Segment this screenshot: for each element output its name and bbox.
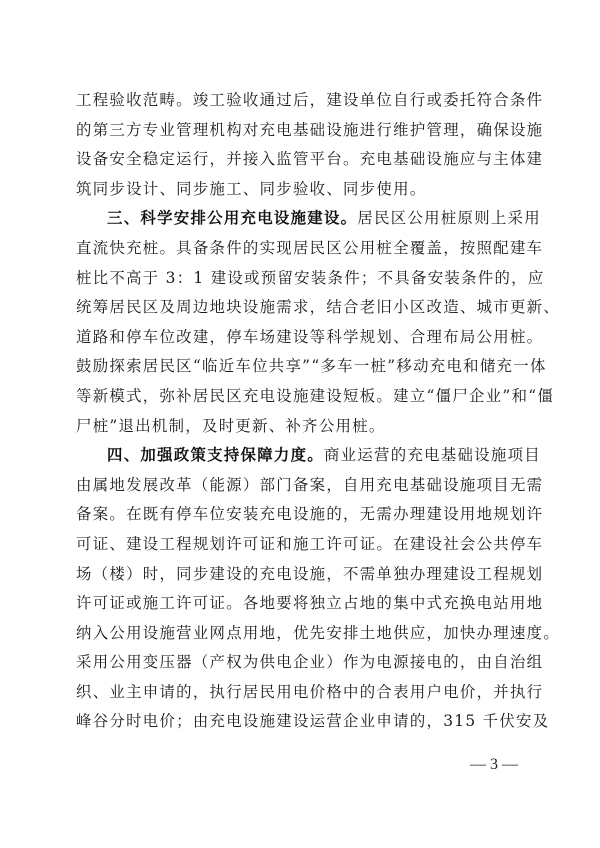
text-line: 纳入公用设施营业网点用地，优先安排土地供应，加快办理速度。 <box>76 619 526 649</box>
text-line: 备案。在既有停车位安装充电设施的，无需办理建设用地规划许 <box>76 500 526 530</box>
document-body: 工程验收范畴。竣工验收通过后，建设单位自行或委托符合条件 的第三方专业管理机构对… <box>76 86 526 737</box>
text-line: 由属地发展改革（能源）部门备案，自用充电基础设施项目无需 <box>76 471 526 501</box>
text-line: 的第三方专业管理机构对充电基础设施进行维护管理，确保设施 <box>76 116 526 146</box>
text-line: 鼓励探索居民区“临近车位共享”“多车一桩”移动充电和储充一体 <box>76 352 526 382</box>
text-line: 统筹居民区及周边地块设施需求，结合老旧小区改造、城市更新、 <box>76 293 526 323</box>
text-line: 峰谷分时电价；由充电设施建设运营企业申请的，315 千伏安及 <box>76 707 526 737</box>
paragraph-continuation: 工程验收范畴。竣工验收通过后，建设单位自行或委托符合条件 的第三方专业管理机构对… <box>76 86 526 204</box>
text-line: 采用公用变压器（产权为供电企业）作为电源接电的，由自治组 <box>76 648 526 678</box>
text-fragment: 商业运营的充电基础设施项目 <box>324 446 541 464</box>
text-line: 桩比不高于 3：1 建设或预留安装条件；不具备安装条件的，应 <box>76 264 526 294</box>
text-fragment: 居民区公用桩原则上采用 <box>357 209 541 227</box>
section-heading-four: 四、加强政策支持保障力度。 <box>107 446 324 464</box>
text-line: 四、加强政策支持保障力度。商业运营的充电基础设施项目 <box>76 441 526 471</box>
text-line: 场（楼）时，同步建设的充电设施，不需单独办理建设工程规划 <box>76 560 526 590</box>
text-line: 道路和停车位改建，停车场建设等科学规划、合理布局公用桩。 <box>76 323 526 353</box>
text-line: 等新模式，弥补居民区充电设施建设短板。建立“僵尸企业”和“僵 <box>76 382 526 412</box>
text-line: 筑同步设计、同步施工、同步验收、同步使用。 <box>76 175 526 205</box>
text-line: 织、业主申请的，执行居民用电价格中的合表用户电价，并执行 <box>76 678 526 708</box>
document-page: 工程验收范畴。竣工验收通过后，建设单位自行或委托符合条件 的第三方专业管理机构对… <box>0 0 600 848</box>
text-line: 设备安全稳定运行，并接入监管平台。充电基础设施应与主体建 <box>76 145 526 175</box>
text-line: 可证、建设工程规划许可证和施工许可证。在建设社会公共停车 <box>76 530 526 560</box>
text-line: 直流快充桩。具备条件的实现居民区公用桩全覆盖，按照配建车 <box>76 234 526 264</box>
paragraph-section-three: 三、科学安排公用充电设施建设。居民区公用桩原则上采用 直流快充桩。具备条件的实现… <box>76 204 526 441</box>
text-line: 工程验收范畴。竣工验收通过后，建设单位自行或委托符合条件 <box>76 86 526 116</box>
page-number: — 3 — <box>458 756 518 774</box>
text-line: 许可证或施工许可证。各地要将独立占地的集中式充换电站用地 <box>76 589 526 619</box>
section-heading-three: 三、科学安排公用充电设施建设。 <box>107 209 357 227</box>
text-line: 三、科学安排公用充电设施建设。居民区公用桩原则上采用 <box>76 204 526 234</box>
paragraph-section-four: 四、加强政策支持保障力度。商业运营的充电基础设施项目 由属地发展改革（能源）部门… <box>76 441 526 737</box>
text-line: 尸桩”退出机制，及时更新、补齐公用桩。 <box>76 412 526 442</box>
